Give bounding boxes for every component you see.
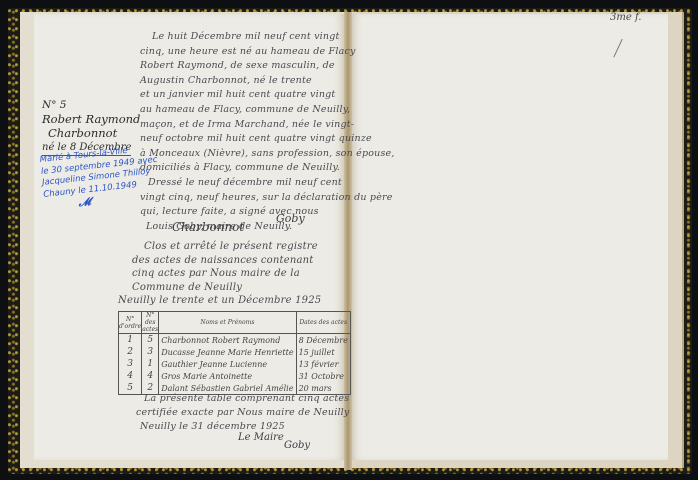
act-line: au hameau de Flacy, commune de Neuilly, bbox=[140, 103, 395, 118]
act-line: Augustin Charbonnot, né le trente bbox=[140, 74, 395, 89]
act-line: maçon, et de Irma Marchand, née le vingt… bbox=[140, 118, 395, 133]
cell-order: 3 bbox=[119, 358, 142, 370]
cell-act: 3 bbox=[142, 346, 159, 358]
col-name: Noms et Prénoms bbox=[159, 312, 296, 334]
cell-order: 2 bbox=[119, 346, 142, 358]
declarant-signature: Charbonnot bbox=[172, 220, 244, 234]
closing-line: Neuilly le trente et un Décembre 1925 bbox=[118, 294, 321, 308]
cell-name: Ducasse Jeanne Marie Henriette bbox=[159, 346, 296, 358]
act-line: domiciliés à Flacy, commune de Neuilly. bbox=[140, 161, 395, 176]
cell-name: Gauthier Jeanne Lucienne bbox=[159, 358, 296, 370]
cell-date: 31 Octobre bbox=[296, 370, 350, 382]
act-line: Le huit Décembre mil neuf cent vingt bbox=[140, 30, 395, 45]
marriage-annotation: Marié à Tours-la-Ville le 30 septembre 1… bbox=[39, 145, 138, 212]
mayor-signature: Goby bbox=[276, 212, 305, 225]
col-act: N° des actes bbox=[142, 312, 159, 334]
cell-act: 4 bbox=[142, 370, 159, 382]
cell-name: Gros Marie Antoinette bbox=[159, 370, 296, 382]
folio-number: 3me f. bbox=[610, 12, 641, 23]
right-page bbox=[350, 14, 668, 460]
act-line: à Monceaux (Nièvre), sans profession, so… bbox=[140, 147, 395, 162]
child-surname: Charbonnot bbox=[42, 126, 134, 140]
cell-date: 13 février bbox=[296, 358, 350, 370]
act-line: Dressé le neuf décembre mil neuf cent bbox=[140, 176, 395, 191]
act-line: et un janvier mil huit cent quatre vingt bbox=[140, 88, 395, 103]
table-row: 2 3 Ducasse Jeanne Marie Henriette 15 ju… bbox=[119, 346, 351, 358]
birth-index-table: N° d'ordre N° des actes Noms et Prénoms … bbox=[118, 311, 351, 395]
cell-act: 1 bbox=[142, 358, 159, 370]
cell-date: 15 juillet bbox=[296, 346, 350, 358]
cert-line: certifiée exacte par Nous maire de Neuil… bbox=[136, 406, 350, 420]
act-line: cinq, une heure est né au hameau de Flac… bbox=[140, 45, 395, 60]
final-signature-title: Le Maire bbox=[238, 432, 284, 443]
cell-order: 1 bbox=[119, 334, 142, 347]
col-order: N° d'ordre bbox=[119, 312, 142, 334]
act-text: Le huit Décembre mil neuf cent vingt cin… bbox=[140, 30, 395, 234]
table-header: N° d'ordre N° des actes Noms et Prénoms … bbox=[119, 312, 351, 334]
final-signature-name: Goby bbox=[284, 440, 310, 451]
table-row: 1 5 Charbonnot Robert Raymond 8 Décembre bbox=[119, 334, 351, 347]
closing-line: Clos et arrêté le présent registre bbox=[132, 240, 321, 254]
cert-line: La présente table comprenant cinq actes bbox=[136, 392, 350, 406]
cell-name: Charbonnot Robert Raymond bbox=[159, 334, 296, 347]
child-name: Robert Raymond bbox=[42, 112, 134, 126]
cell-act: 5 bbox=[142, 334, 159, 347]
act-line: Robert Raymond, de sexe masculin, de bbox=[140, 59, 395, 74]
act-line: neuf octobre mil huit cent quatre vingt … bbox=[140, 132, 395, 147]
cell-order: 4 bbox=[119, 370, 142, 382]
closing-line: des actes de naissances contenant bbox=[132, 254, 321, 268]
col-date: Dates des actes bbox=[296, 312, 350, 334]
closing-line: Commune de Neuilly bbox=[132, 281, 321, 295]
closing-text: Clos et arrêté le présent registre des a… bbox=[132, 240, 321, 308]
act-number: N° 5 bbox=[42, 98, 134, 112]
table-row: 4 4 Gros Marie Antoinette 31 Octobre bbox=[119, 370, 351, 382]
act-line: vingt cinq, neuf heures, sur la déclarat… bbox=[140, 191, 395, 206]
closing-line: cinq actes par Nous maire de la bbox=[132, 267, 321, 281]
table-certification: La présente table comprenant cinq actes … bbox=[136, 392, 350, 434]
table-row: 3 1 Gauthier Jeanne Lucienne 13 février bbox=[119, 358, 351, 370]
act-line: qui, lecture faite, a signé avec nous bbox=[140, 205, 395, 220]
cell-date: 8 Décembre bbox=[296, 334, 350, 347]
